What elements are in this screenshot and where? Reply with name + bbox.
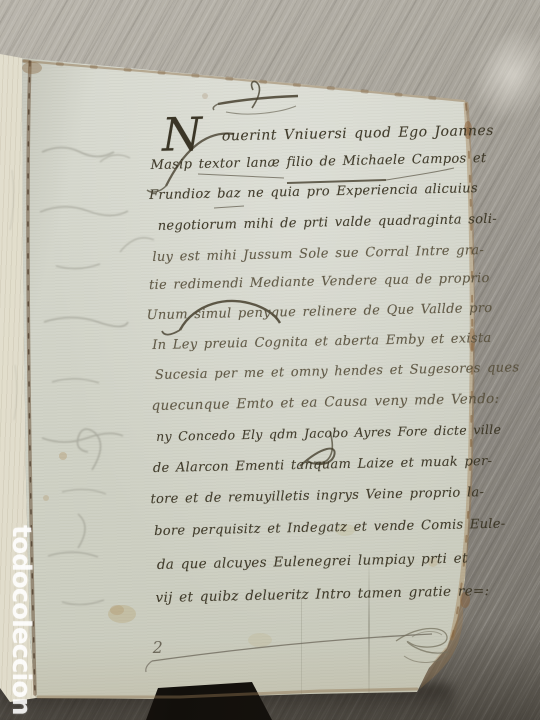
manuscript-line: Frundioz baz ne quia pro Experiencia ali… bbox=[149, 181, 478, 203]
watermark-text: todocoleccion bbox=[3, 525, 39, 720]
manuscript-line: tie redimendi Mediante Vendere qua de pr… bbox=[149, 271, 490, 293]
manuscript-line: ouerint Vniuersi quod Ego Joannes bbox=[222, 123, 494, 145]
manuscript-line: quecunque Emto et ea Causa veny mde Vend… bbox=[151, 391, 499, 414]
manuscript-line: de Alarcon Ementi tanquam Laize et muak … bbox=[153, 454, 493, 476]
manuscript-line: tore et de remuyilletis ingrys Veine pro… bbox=[150, 485, 484, 507]
manuscript-line: ny Concedo Ely qdm Jacobo Ayres Fore dic… bbox=[156, 422, 501, 444]
page-number-mark: 2 bbox=[152, 638, 163, 657]
manuscript-line: vij et quibz delueritz Intro tamen grati… bbox=[155, 583, 489, 606]
manuscript-line: Unum simul penyque relinere de Que Valld… bbox=[147, 301, 493, 323]
manuscript-line: negotiorum mihi de prti valde quadragint… bbox=[158, 212, 497, 234]
manuscript-line: Sucesia per me et omny hendes et Sugesor… bbox=[155, 360, 520, 383]
manuscript-line: luy est mihi Jussum Sole sue Corral Intr… bbox=[152, 243, 484, 265]
handwriting-layer: N ouerint Vniuersi quod Ego Joannes Masi… bbox=[0, 0, 540, 720]
manuscript-line: bore perquisitz et Indegatz et vende Com… bbox=[154, 517, 506, 539]
illuminated-initial: N bbox=[161, 111, 202, 158]
manuscript-photo: N ouerint Vniuersi quod Ego Joannes Masi… bbox=[0, 0, 540, 720]
manuscript-line: In Ley preuia Cognita et aberta Emby et … bbox=[152, 331, 491, 353]
manuscript-line: da que alcuyes Eulenegrei lumpiay prti e… bbox=[157, 550, 468, 573]
